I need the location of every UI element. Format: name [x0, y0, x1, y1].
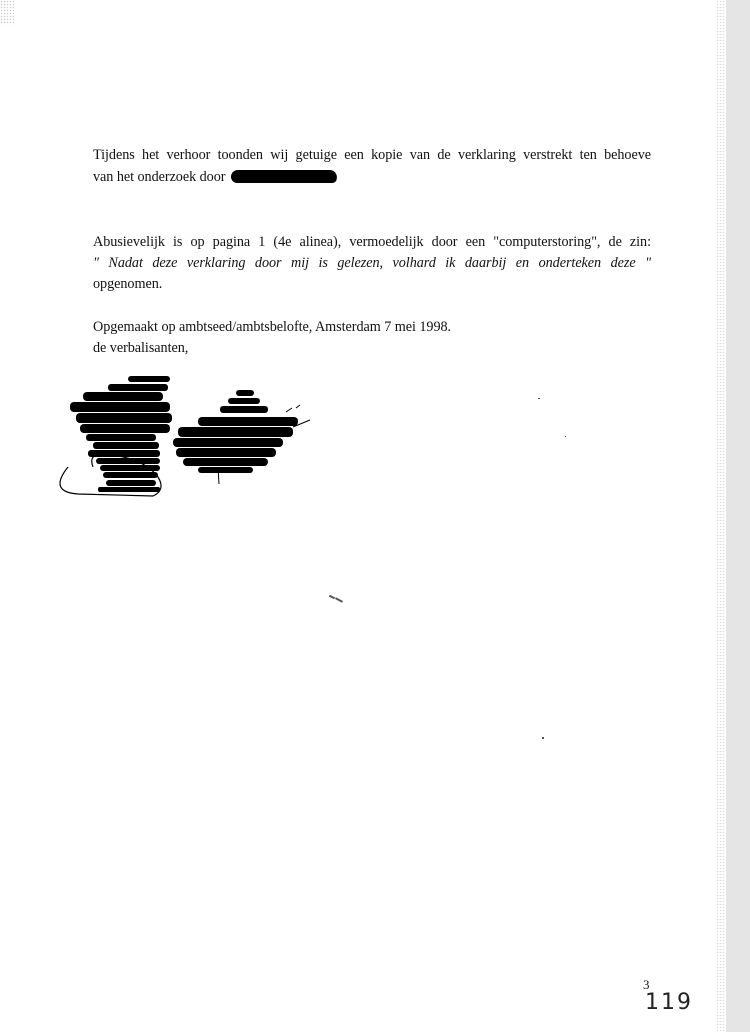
- paragraph-2-line-2-quote: " Nadat deze verklaring door mij is gele…: [93, 254, 651, 272]
- paragraph-3-line-1: Opgemaakt op ambtseed/ambtsbelofte, Amst…: [93, 318, 451, 336]
- redacted-name-block: [230, 170, 337, 183]
- redacted-signatures: [48, 372, 318, 502]
- paragraph-1-line-2-text: van het onderzoek door: [93, 169, 225, 185]
- quote-close-mark: ": [645, 255, 651, 271]
- redacted-signature-2: [173, 390, 298, 473]
- scan-edge-shading-inner: [716, 0, 726, 1032]
- paragraph-2-line-1: Abusievelijk is op pagina 1 (4e alinea),…: [93, 233, 651, 251]
- paragraph-3-line-2: de verbalisanten,: [93, 339, 188, 357]
- handwritten-page-number: 119: [645, 990, 693, 1015]
- scan-speck: [565, 436, 566, 437]
- scan-corner-shading: [0, 0, 14, 25]
- scan-edge-shading: [726, 0, 750, 1032]
- scan-speck: [542, 737, 544, 739]
- document-page: Tijdens het verhoor toonden wij getuige …: [0, 0, 750, 1032]
- paragraph-1-line-1: Tijdens het verhoor toonden wij getuige …: [93, 146, 651, 164]
- scan-speck: [335, 597, 343, 603]
- quoted-sentence: Nadat deze verklaring door mij is geleze…: [108, 255, 635, 271]
- quote-open-mark: ": [93, 255, 99, 271]
- paragraph-2-line-3: opgenomen.: [93, 275, 162, 293]
- scan-speck: [538, 398, 540, 399]
- paragraph-1-line-2: van het onderzoek door: [93, 168, 337, 186]
